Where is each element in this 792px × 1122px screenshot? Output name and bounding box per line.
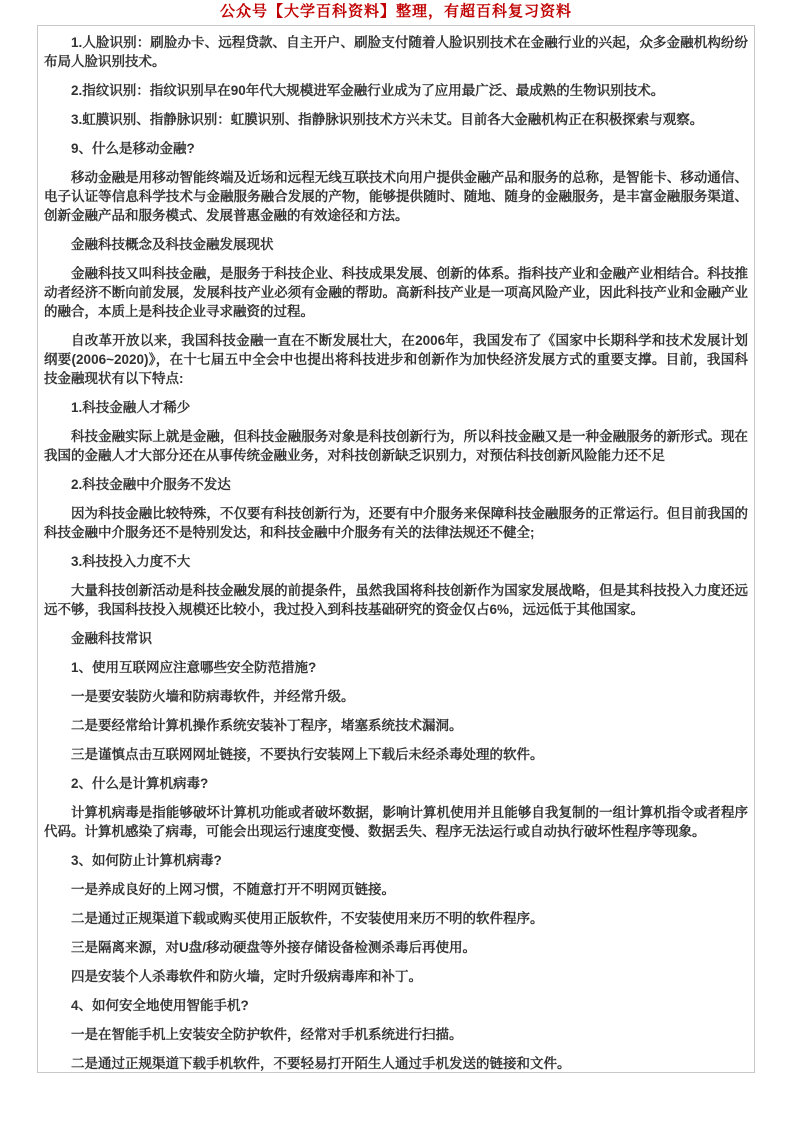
document-body: 1.人脸识别：刷脸办卡、远程贷款、自主开户、刷脸支付随着人脸识别技术在金融行业的… [44,33,748,1073]
paragraph: 3.虹膜识别、指静脉识别：虹膜识别、指静脉识别技术方兴未艾。目前各大金融机构正在… [44,110,748,129]
paragraph: 金融科技概念及科技金融发展现状 [44,235,748,254]
paragraph: 金融科技又叫科技金融，是服务于科技企业、科技成果发展、创新的体系。指科技产业和金… [44,264,748,321]
page-header-title: 公众号【大学百科资料】整理，有超百科复习资料 [0,2,792,22]
paragraph: 4、如何安全地使用智能手机? [44,996,748,1015]
paragraph: 一是要安装防火墙和防病毒软件，并经常升级。 [44,687,748,706]
paragraph: 四是安装个人杀毒软件和防火墙，定时升级病毒库和补丁。 [44,967,748,986]
paragraph: 3.科技投入力度不大 [44,552,748,571]
paragraph: 一是在智能手机上安装安全防护软件，经常对手机系统进行扫描。 [44,1025,748,1044]
paragraph: 2、什么是计算机病毒? [44,774,748,793]
paragraph: 三是隔离来源，对U盘/移动硬盘等外接存储设备检测杀毒后再使用。 [44,938,748,957]
paragraph: 移动金融是用移动智能终端及近场和远程无线互联技术向用户提供金融产品和服务的总称，… [44,168,748,225]
document-box: 1.人脸识别：刷脸办卡、远程贷款、自主开户、刷脸支付随着人脸识别技术在金融行业的… [37,25,755,1073]
paragraph: 2.指纹识别：指纹识别早在90年代大规模进军金融行业成为了应用最广泛、最成熟的生… [44,81,748,100]
paragraph: 一是养成良好的上网习惯，不随意打开不明网页链接。 [44,880,748,899]
paragraph: 三是谨慎点击互联网网址链接，不要执行安装网上下载后未经杀毒处理的软件。 [44,745,748,764]
paragraph: 1.科技金融人才稀少 [44,398,748,417]
paragraph: 金融科技常识 [44,629,748,648]
paragraph: 2.科技金融中介服务不发达 [44,475,748,494]
paragraph: 二是通过正规渠道下载或购买使用正版软件，不安装使用来历不明的软件程序。 [44,909,748,928]
paragraph: 科技金融实际上就是金融，但科技金融服务对象是科技创新行为，所以科技金融又是一种金… [44,427,748,465]
paragraph: 二是通过正规渠道下载手机软件，不要轻易打开陌生人通过手机发送的链接和文件。 [44,1054,748,1073]
paragraph: 1、使用互联网应注意哪些安全防范措施? [44,658,748,677]
paragraph: 大量科技创新活动是科技金融发展的前提条件，虽然我国将科技创新作为国家发展战略，但… [44,581,748,619]
paragraph: 因为科技金融比较特殊，不仅要有科技创新行为，还要有中介服务来保障科技金融服务的正… [44,504,748,542]
paragraph: 1.人脸识别：刷脸办卡、远程贷款、自主开户、刷脸支付随着人脸识别技术在金融行业的… [44,33,748,71]
document-page: 公众号【大学百科资料】整理，有超百科复习资料 1.人脸识别：刷脸办卡、远程贷款、… [0,0,792,1122]
paragraph: 自改革开放以来，我国科技金融一直在不断发展壮大，在2006年，我国发布了《国家中… [44,331,748,388]
paragraph: 9、什么是移动金融? [44,139,748,158]
paragraph: 3、如何防止计算机病毒? [44,851,748,870]
paragraph: 二是要经常给计算机操作系统安装补丁程序，堵塞系统技术漏洞。 [44,716,748,735]
paragraph: 计算机病毒是指能够破坏计算机功能或者破坏数据，影响计算机使用并且能够自我复制的一… [44,803,748,841]
